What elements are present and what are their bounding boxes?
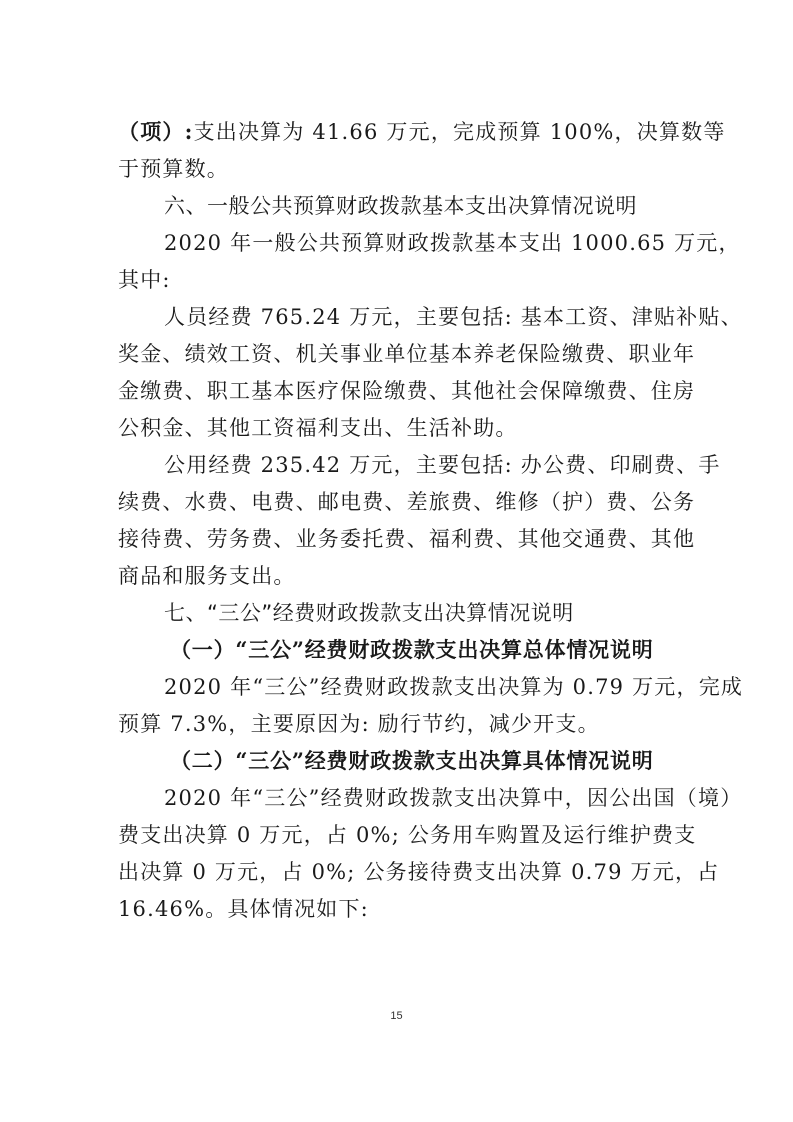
paragraph-line: 出决算 0 万元，占 0%; 公务接待费支出决算 0.79 万元，占 <box>118 857 678 887</box>
paragraph-line: 金缴费、职工基本医疗保险缴费、其他社会保障缴费、住房 <box>118 376 678 406</box>
bold-prefix: （项）: <box>118 119 194 144</box>
paragraph-line: 2020 年一般公共预算财政拨款基本支出 1000.65 万元， <box>164 228 678 258</box>
paragraph-line: 2020 年“三公”经费财政拨款支出决算中，因公出国（境） <box>164 783 678 813</box>
section-heading-6: 六、一般公共预算财政拨款基本支出决算情况说明 <box>164 191 724 221</box>
paragraph-line: 公用经费 235.42 万元，主要包括: 办公费、印刷费、手 <box>164 450 678 480</box>
paragraph-line: 2020 年“三公”经费财政拨款支出决算为 0.79 万元，完成 <box>164 672 678 702</box>
subsection-heading-7-1: （一）“三公”经费财政拨款支出决算总体情况说明 <box>170 635 730 665</box>
paragraph-line: 预算 7.3%，主要原因为: 励行节约，减少开支。 <box>118 709 678 739</box>
paragraph-line: 人员经费 765.24 万元，主要包括: 基本工资、津贴补贴、 <box>164 302 678 332</box>
paragraph-line: 于预算数。 <box>118 154 678 184</box>
paragraph-line: 奖金、绩效工资、机关事业单位基本养老保险缴费、职业年 <box>118 339 678 369</box>
paragraph-line: 费支出决算 0 万元，占 0%; 公务用车购置及运行维护费支 <box>118 820 678 850</box>
paragraph-line: （项）:支出决算为 41.66 万元，完成预算 100%，决算数等 <box>118 117 678 147</box>
paragraph-line: 接待费、劳务费、业务委托费、福利费、其他交通费、其他 <box>118 524 678 554</box>
section-heading-7: 七、“三公”经费财政拨款支出决算情况说明 <box>164 598 724 628</box>
paragraph-line: 公积金、其他工资福利支出、生活补助。 <box>118 413 678 443</box>
paragraph-line: 16.46%。具体情况如下: <box>118 894 678 924</box>
paragraph-line: 续费、水费、电费、邮电费、差旅费、维修（护）费、公务 <box>118 487 678 517</box>
paragraph-line: 商品和服务支出。 <box>118 561 678 591</box>
subsection-heading-7-2: （二）“三公”经费财政拨款支出决算具体情况说明 <box>170 746 730 776</box>
page-number: 15 <box>0 1010 793 1022</box>
paragraph-line: 其中: <box>118 265 678 295</box>
